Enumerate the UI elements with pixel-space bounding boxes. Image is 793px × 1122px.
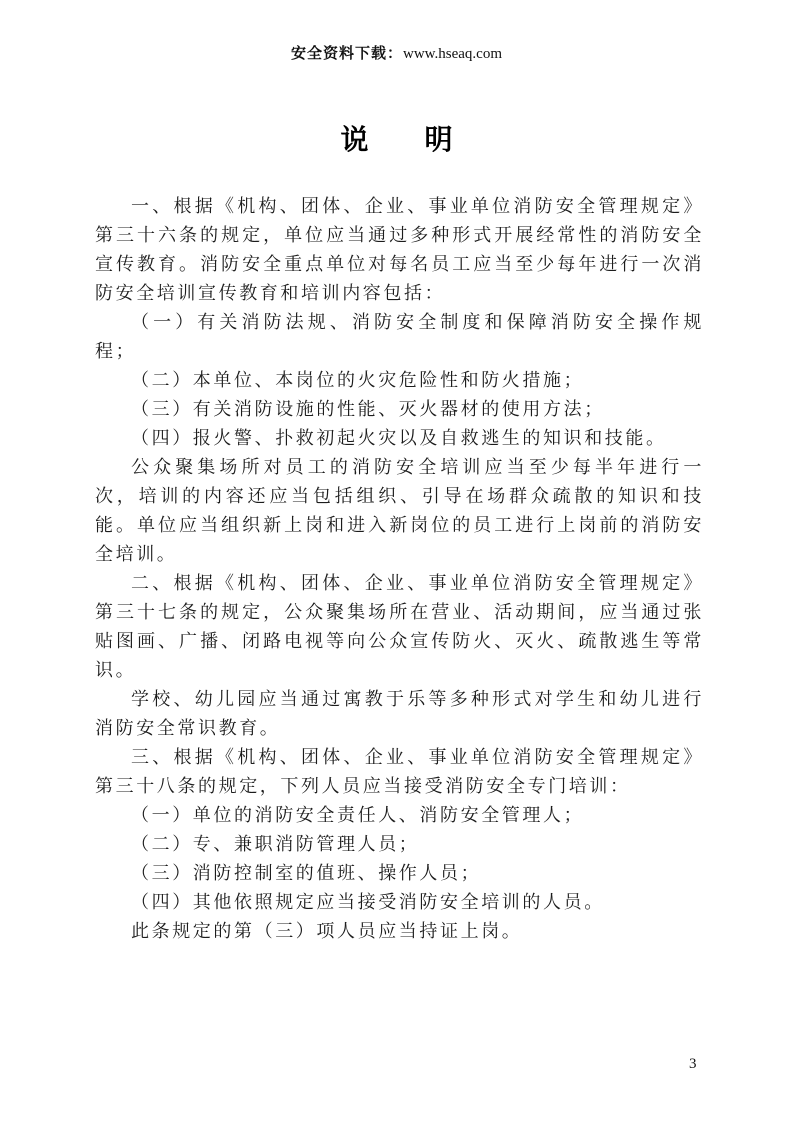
page-header: 安全资料下载：www.hseaq.com xyxy=(0,45,793,63)
page-number: 3 xyxy=(689,1055,697,1073)
paragraph: 公众聚集场所对员工的消防安全培训应当至少每半年进行一次，培训的内容还应当包括组织… xyxy=(95,453,704,569)
paragraph: （二）专、兼职消防管理人员； xyxy=(95,830,704,859)
header-url-text: www.hseaq.com xyxy=(403,46,502,62)
paragraph: （一）单位的消防安全责任人、消防安全管理人； xyxy=(95,801,704,830)
paragraph: （三）有关消防设施的性能、灭火器材的使用方法； xyxy=(95,395,704,424)
header-download-label: 安全资料下载： xyxy=(291,45,403,62)
paragraph: （二）本单位、本岗位的火灾危险性和防火措施； xyxy=(95,366,704,395)
paragraph: 学校、幼儿园应当通过寓教于乐等多种形式对学生和幼儿进行消防安全常识教育。 xyxy=(95,685,704,743)
paragraph: 三、根据《机构、团体、企业、事业单位消防安全管理规定》第三十八条的规定，下列人员… xyxy=(95,743,704,801)
paragraph: （四）报火警、扑救初起火灾以及自救逃生的知识和技能。 xyxy=(95,424,704,453)
paragraph: 此条规定的第（三）项人员应当持证上岗。 xyxy=(95,917,704,946)
document-title: 说 明 xyxy=(0,124,793,158)
document-body: 一、根据《机构、团体、企业、事业单位消防安全管理规定》第三十六条的规定，单位应当… xyxy=(95,192,704,946)
paragraph: （三）消防控制室的值班、操作人员； xyxy=(95,859,704,888)
document-page: 安全资料下载：www.hseaq.com 说 明 一、根据《机构、团体、企业、事… xyxy=(0,0,793,1122)
paragraph: （四）其他依照规定应当接受消防安全培训的人员。 xyxy=(95,888,704,917)
paragraph: （一）有关消防法规、消防安全制度和保障消防安全操作规程； xyxy=(95,308,704,366)
paragraph: 一、根据《机构、团体、企业、事业单位消防安全管理规定》第三十六条的规定，单位应当… xyxy=(95,192,704,308)
paragraph: 二、根据《机构、团体、企业、事业单位消防安全管理规定》第三十七条的规定，公众聚集… xyxy=(95,569,704,685)
